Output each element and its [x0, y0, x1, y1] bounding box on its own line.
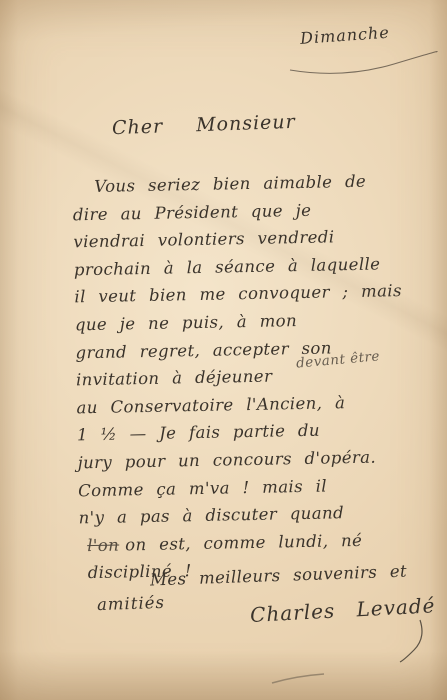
- letter-line-text: on est, comme lundi, né: [125, 531, 362, 555]
- signature-flourish: [396, 618, 426, 664]
- struck-word: l'on: [87, 535, 119, 555]
- salutation: Cher Monsieur: [112, 111, 296, 139]
- date-note: Dimanche: [300, 19, 441, 48]
- date-underline-flourish: [284, 46, 442, 80]
- letter-photo: Dimanche Cher Monsieur Vous seriez bien …: [0, 0, 447, 700]
- closing-line: amitiés: [97, 593, 166, 614]
- letter-body: Vous seriez bien aimable de dire au Prés…: [72, 167, 428, 588]
- pencil-dash-mark: [268, 668, 330, 688]
